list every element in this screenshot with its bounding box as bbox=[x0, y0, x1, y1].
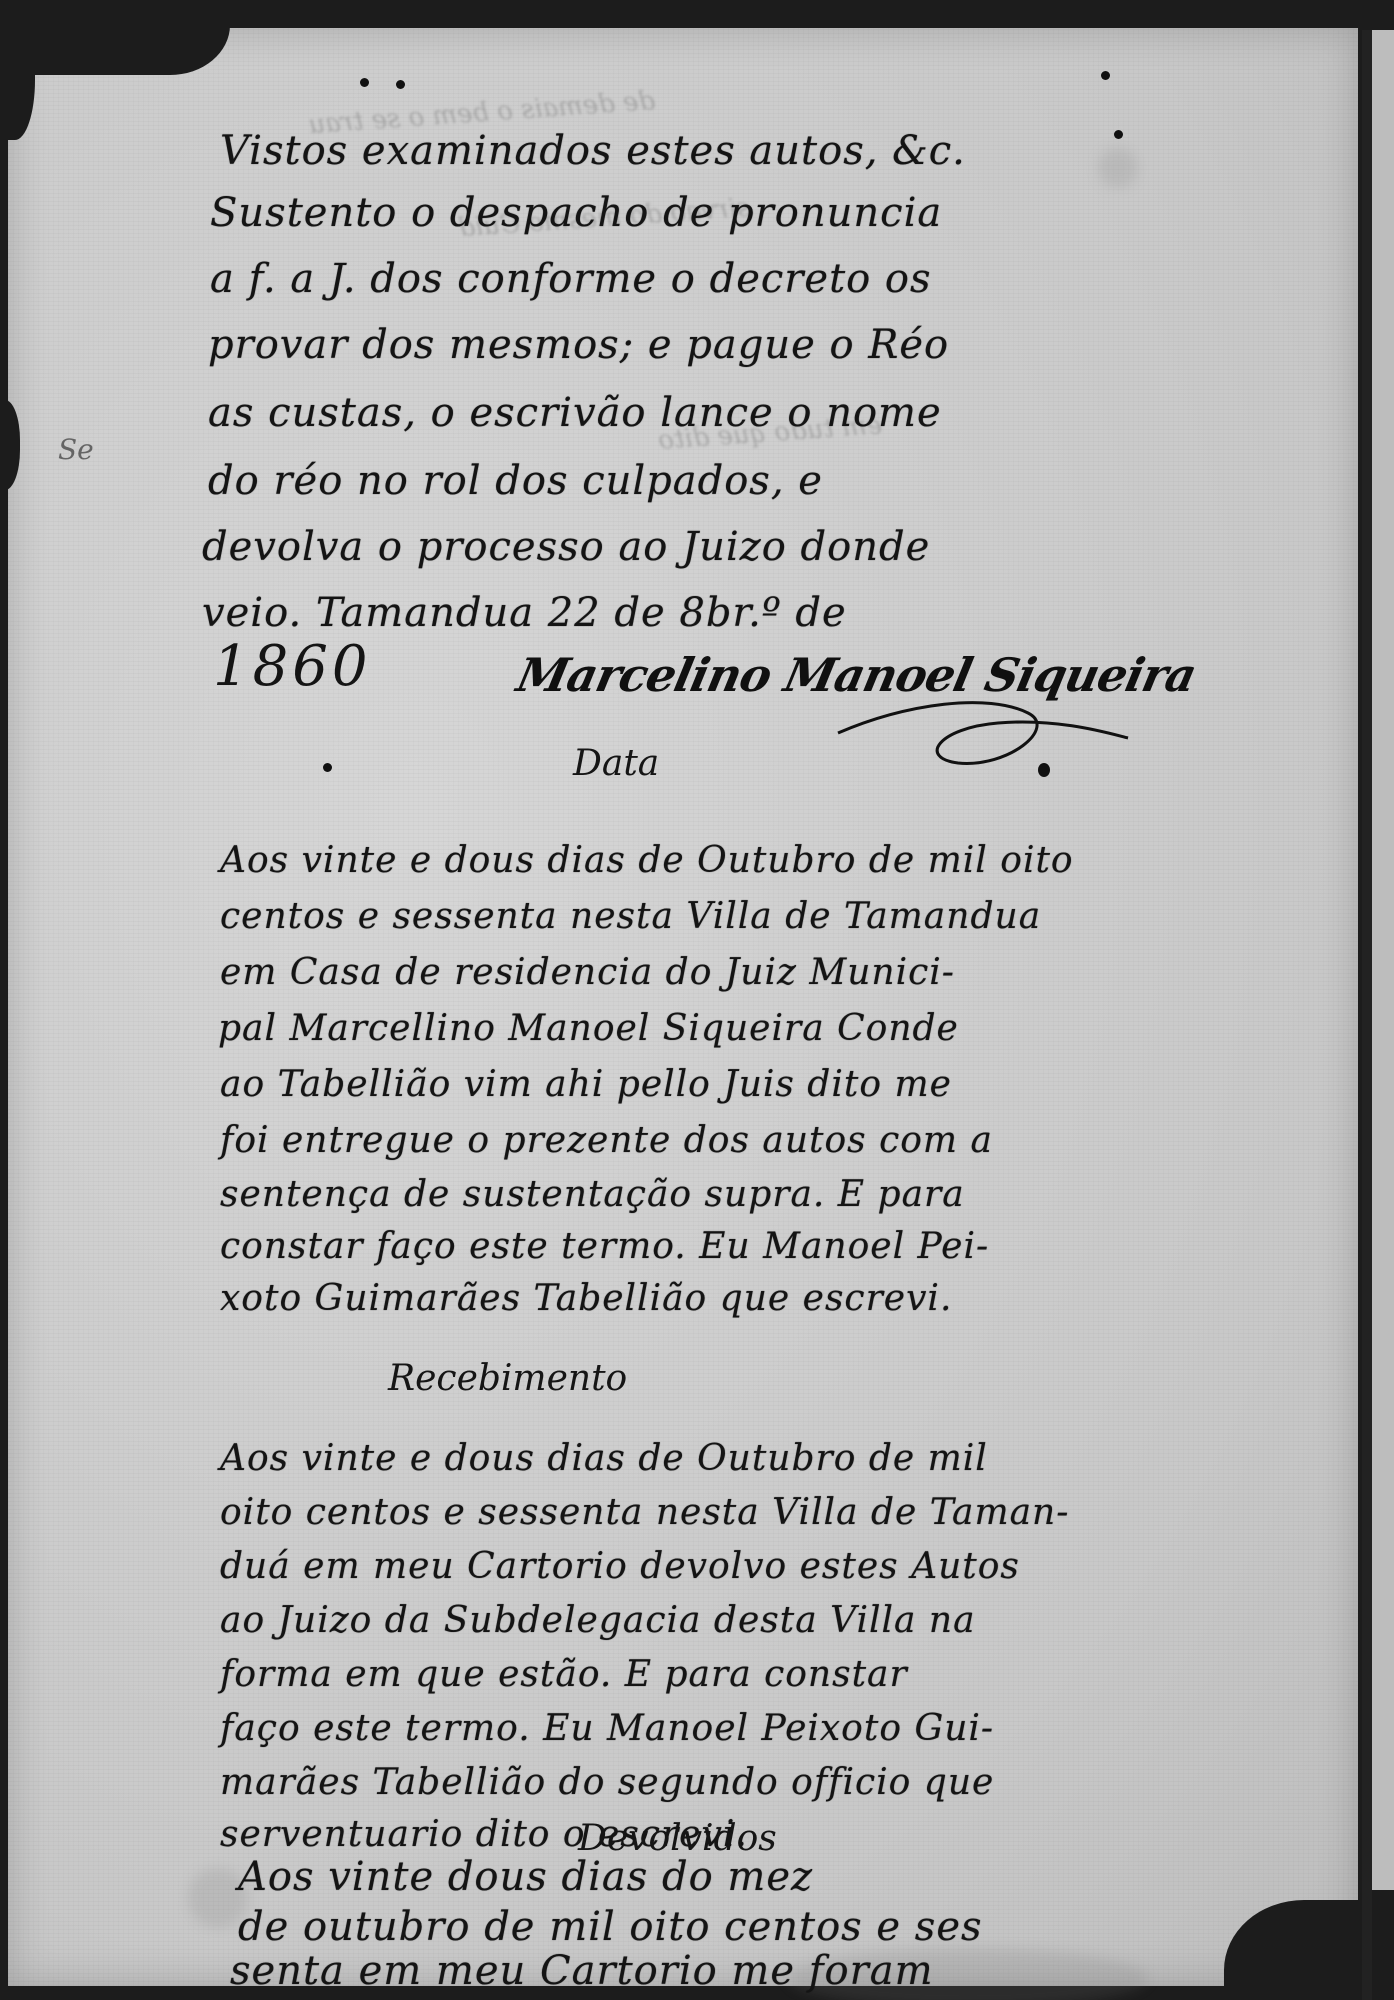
devolvidos-line: Aos vinte dous dias do mez bbox=[238, 1854, 813, 1900]
adjacent-page-edge bbox=[1372, 30, 1394, 1890]
devolvidos-line: senta em meu Cartorio me foram bbox=[230, 1948, 934, 1994]
torn-edge bbox=[0, 0, 35, 140]
binding-gutter bbox=[1362, 30, 1372, 2000]
manuscript-page: de demais o bem o se trau sirvao do mesm… bbox=[8, 28, 1358, 1986]
section-devolvidos: Aos vinte dous dias do mez de outubro de… bbox=[8, 28, 1358, 1986]
devolvidos-line: de outubro de mil oito centos e ses bbox=[238, 1904, 983, 1950]
